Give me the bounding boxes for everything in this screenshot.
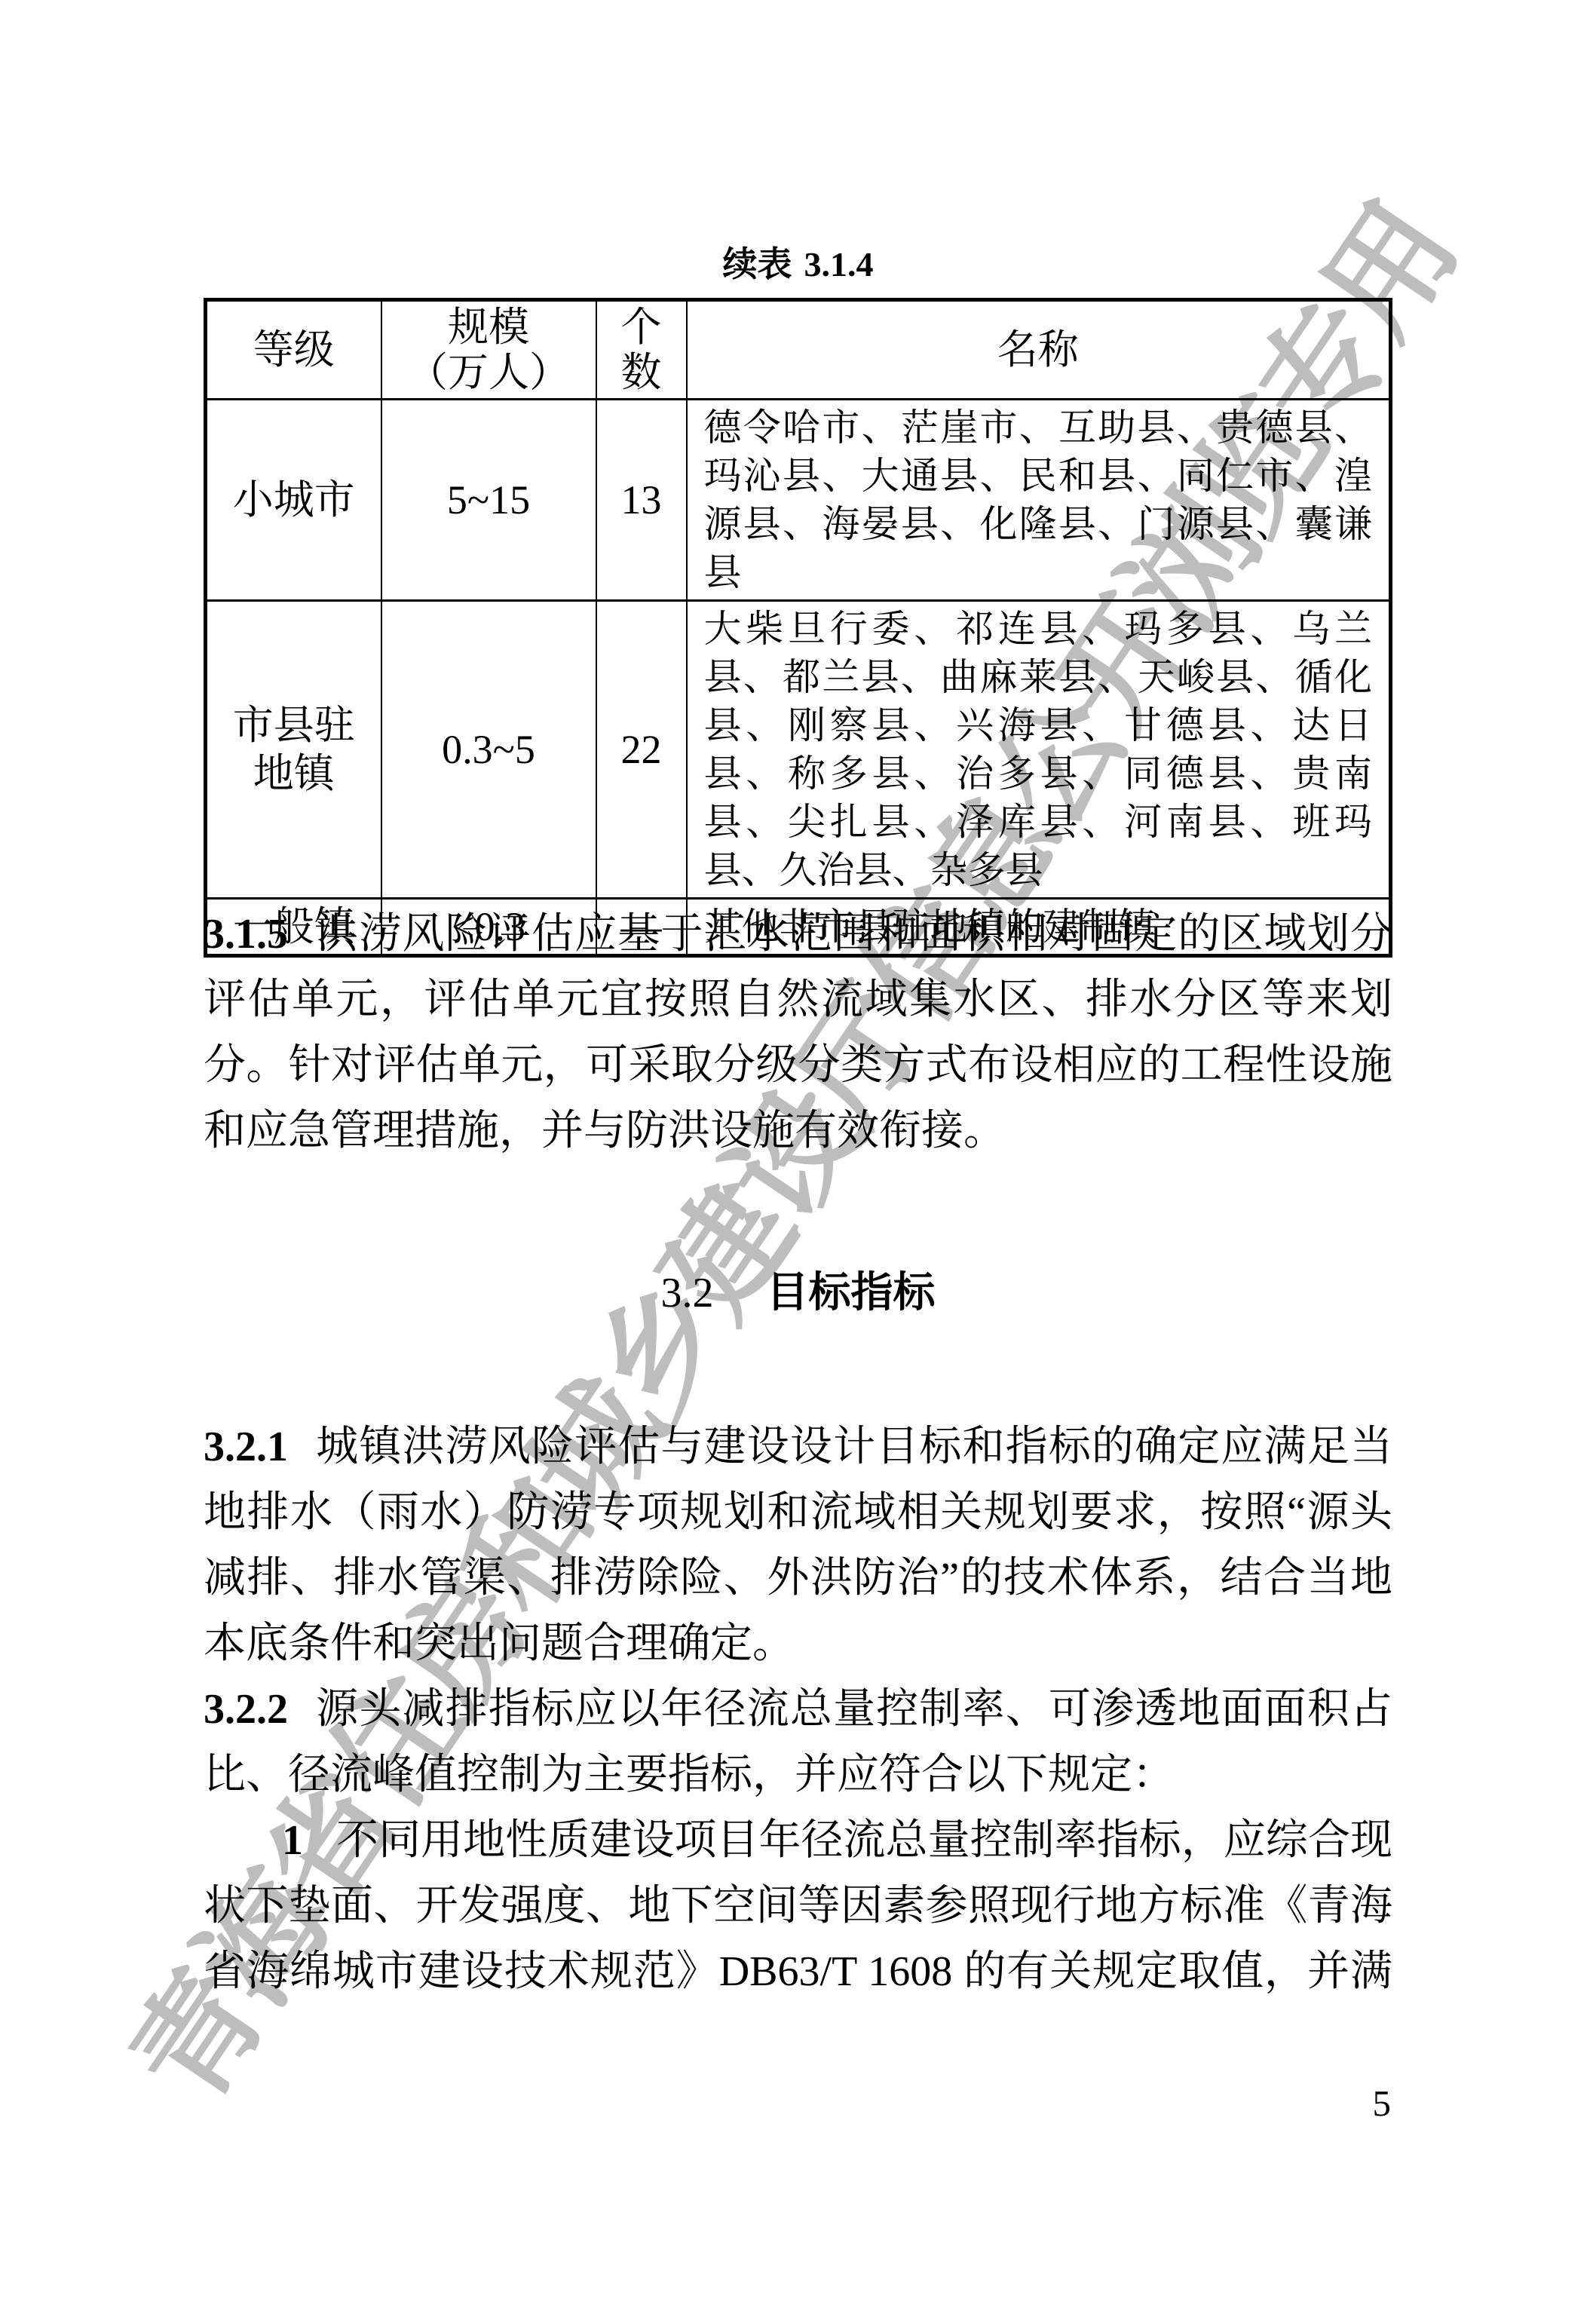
section-title: 目标指标: [767, 1268, 936, 1316]
clause-3-2-2: 3.2.2源头减排指标应以年径流总量控制率、可渗透地面面积占比、径流峰值控制为主…: [204, 1677, 1392, 1808]
cell-level: 小城市: [206, 400, 381, 601]
item-text: 不同用地性质建设项目年径流总量控制率指标，应综合现状下垫面、开发强度、地下空间等…: [204, 1817, 1392, 1995]
clause-number: 3.2.2: [204, 1686, 288, 1733]
section-heading-3-2: 3.2目标指标: [0, 1259, 1596, 1326]
document-page: 青海省住房和城乡建设厅信息公开浏览专用 续表3.1.4 等级 规模 （万人） 个…: [0, 0, 1596, 2314]
page-number: 5: [1373, 2083, 1392, 2125]
clause-group: 3.2.1城镇洪涝风险评估与建设设计目标和指标的确定应满足当地排水（雨水）防涝专…: [204, 1414, 1392, 2005]
cell-count: 13: [596, 400, 687, 601]
table-container: 等级 规模 （万人） 个 数 名称 小城市 5~15 13 德令哈市、茫崖市、互…: [204, 298, 1392, 958]
clause-text: 洪涝风险评估应基于汇水范围和面积相对固定的区域划分评估单元，评估单元宜按照自然流…: [204, 911, 1392, 1154]
cell-scale: 0.3~5: [381, 601, 596, 899]
cell-count: 22: [596, 601, 687, 899]
col-header-count: 个 数: [596, 300, 687, 400]
clause-text: 源头减排指标应以年径流总量控制率、可渗透地面面积占比、径流峰值控制为主要指标，并…: [204, 1686, 1392, 1798]
cell-level: 市县驻 地镇: [206, 601, 381, 899]
table-caption: 续表3.1.4: [0, 243, 1596, 286]
table-header-row: 等级 规模 （万人） 个 数 名称: [206, 300, 1391, 400]
table-row-county-seat-town: 市县驻 地镇 0.3~5 22 大柴旦行委、祁连县、玛多县、乌兰县、都兰县、曲麻…: [206, 601, 1391, 899]
town-scale-table: 等级 规模 （万人） 个 数 名称 小城市 5~15 13 德令哈市、茫崖市、互…: [204, 298, 1392, 958]
clause-text: 城镇洪涝风险评估与建设设计目标和指标的确定应满足当地排水（雨水）防涝专项规划和流…: [204, 1424, 1392, 1667]
clause-3-2-1: 3.2.1城镇洪涝风险评估与建设设计目标和指标的确定应满足当地排水（雨水）防涝专…: [204, 1414, 1392, 1677]
clause-3-1-5: 3.1.5洪涝风险评估应基于汇水范围和面积相对固定的区域划分评估单元，评估单元宜…: [204, 902, 1392, 1164]
table-caption-number: 3.1.4: [804, 245, 874, 284]
col-header-name: 名称: [687, 300, 1391, 400]
cell-scale: 5~15: [381, 400, 596, 601]
clause-number: 3.2.1: [204, 1424, 288, 1470]
col-header-level: 等级: [206, 300, 381, 400]
cell-names: 大柴旦行委、祁连县、玛多县、乌兰县、都兰县、曲麻莱县、天峻县、循化县、刚察县、兴…: [687, 601, 1391, 899]
cell-names: 德令哈市、茫崖市、互助县、贵德县、玛沁县、大通县、民和县、同仁市、湟源县、海晏县…: [687, 400, 1391, 601]
section-number: 3.2: [661, 1270, 714, 1316]
table-caption-prefix: 续表: [723, 244, 792, 284]
item-number: 1: [282, 1817, 303, 1864]
col-header-scale: 规模 （万人）: [381, 300, 596, 400]
clause-3-2-2-item-1: 1不同用地性质建设项目年径流总量控制率指标，应综合现状下垫面、开发强度、地下空间…: [204, 1808, 1392, 2005]
table-row-small-city: 小城市 5~15 13 德令哈市、茫崖市、互助县、贵德县、玛沁县、大通县、民和县…: [206, 400, 1391, 601]
clause-number: 3.1.5: [204, 911, 288, 958]
